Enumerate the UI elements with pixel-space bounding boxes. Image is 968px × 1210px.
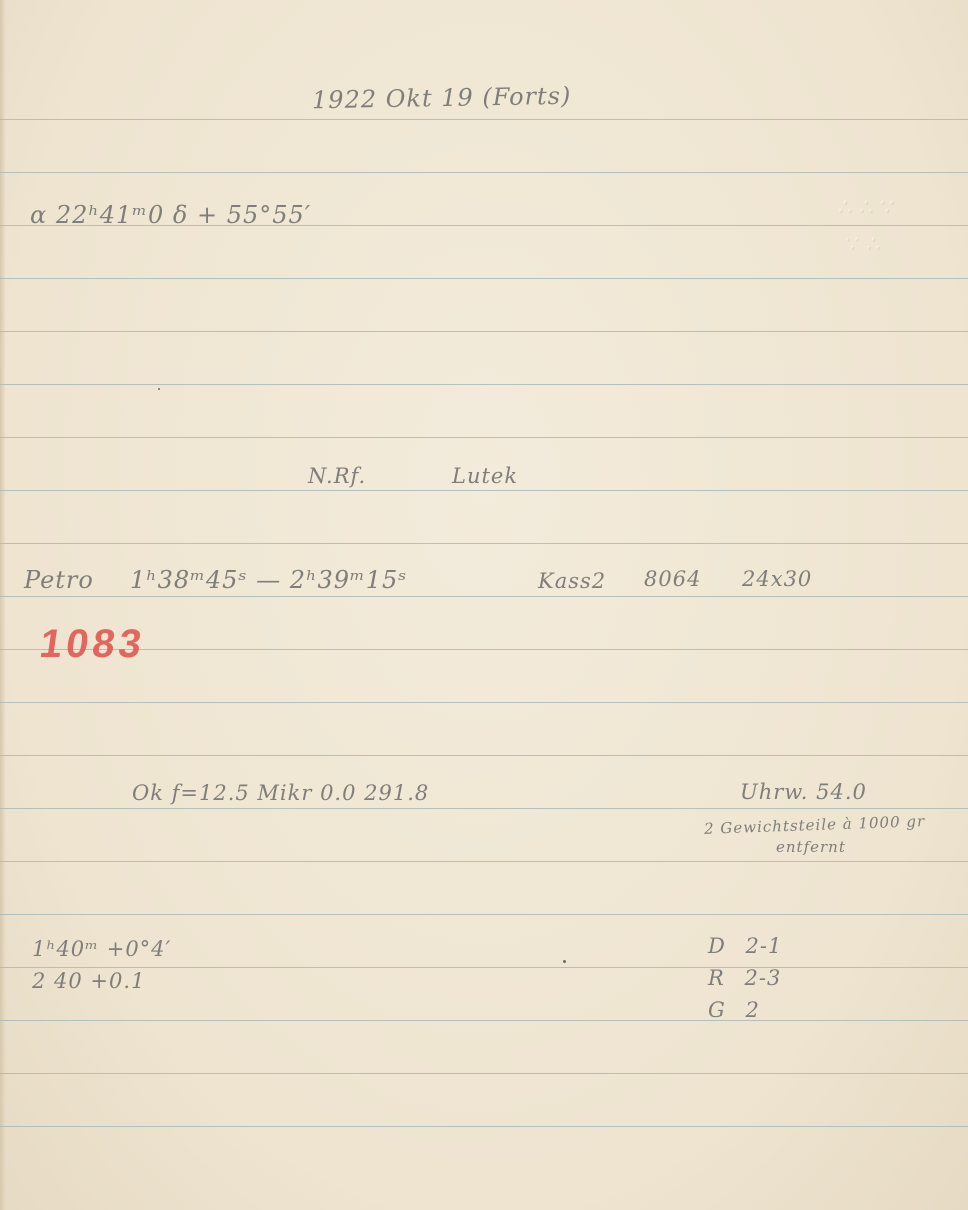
ruled-line bbox=[0, 649, 968, 650]
ruled-line bbox=[0, 1126, 968, 1127]
header-date: 1922 Okt 19 (Forts) bbox=[312, 82, 572, 115]
instrument-right: Lutek bbox=[452, 464, 518, 488]
coordinates-text: α 22ʰ41ᵐ0 δ + 55°55′ bbox=[30, 201, 311, 229]
emboss-mark: ​∵ ∴ bbox=[845, 232, 880, 257]
quality-item: R 2-3 bbox=[708, 966, 782, 998]
exposure-cassette: Kass2 bbox=[538, 569, 606, 593]
ruled-line bbox=[0, 384, 968, 385]
ruled-line bbox=[0, 1073, 968, 1074]
quality-value: 2-3 bbox=[745, 966, 782, 990]
exposure-observer: Petro bbox=[24, 566, 94, 594]
quality-value: 2-1 bbox=[746, 934, 783, 958]
ruled-line bbox=[0, 1020, 968, 1021]
plate-number-red: 1083 bbox=[37, 622, 148, 667]
ruled-line bbox=[0, 702, 968, 703]
instrument-left: N.Rf. bbox=[308, 464, 366, 488]
quality-label: G bbox=[708, 998, 726, 1022]
clock-reading: Uhrw. 54.0 bbox=[740, 780, 867, 804]
ruled-line bbox=[0, 490, 968, 491]
ruled-line bbox=[0, 967, 968, 968]
reading-line-2: 2 40 +0.1 bbox=[32, 969, 145, 993]
ruled-line bbox=[0, 278, 968, 279]
paper-speck bbox=[158, 388, 160, 390]
ruled-line bbox=[0, 331, 968, 332]
note-line-1: 2 Gewichtsteile à 1000 gr bbox=[704, 812, 926, 838]
exposure-size: 24x30 bbox=[742, 567, 812, 591]
ruled-line bbox=[0, 543, 968, 544]
paper-speck bbox=[563, 960, 566, 963]
quality-item: G 2 bbox=[708, 998, 782, 1030]
notebook-page: ​∴ ∴ ∵ ​∵ ∴ 1922 Okt 19 (Forts) α 22ʰ41ᵐ… bbox=[0, 0, 968, 1210]
ruled-line bbox=[0, 861, 968, 862]
quality-label: R bbox=[708, 966, 725, 990]
quality-label: D bbox=[708, 934, 726, 958]
ruled-line bbox=[0, 808, 968, 809]
exposure-time: 1ʰ38ᵐ45ˢ — 2ʰ39ᵐ15ˢ bbox=[130, 566, 407, 594]
quality-value: 2 bbox=[745, 998, 759, 1022]
settings-text: Ok f=12.5 Mikr 0.0 291.8 bbox=[132, 781, 429, 805]
quality-list: D 2-1 R 2-3 G 2 bbox=[708, 934, 782, 1030]
ruled-line bbox=[0, 755, 968, 756]
page-edge bbox=[0, 0, 6, 1210]
note-line-2: entfernt bbox=[776, 838, 846, 856]
ruled-line bbox=[0, 914, 968, 915]
emboss-mark: ​∴ ∴ ∵ bbox=[838, 195, 894, 220]
quality-item: D 2-1 bbox=[708, 934, 782, 966]
ruled-line bbox=[0, 172, 968, 173]
ruled-line bbox=[0, 596, 968, 597]
exposure-plate: 8064 bbox=[644, 567, 701, 591]
reading-line-1: 1ʰ40ᵐ +0°4′ bbox=[32, 937, 171, 961]
ruled-line bbox=[0, 437, 968, 438]
ruled-line bbox=[0, 119, 968, 120]
